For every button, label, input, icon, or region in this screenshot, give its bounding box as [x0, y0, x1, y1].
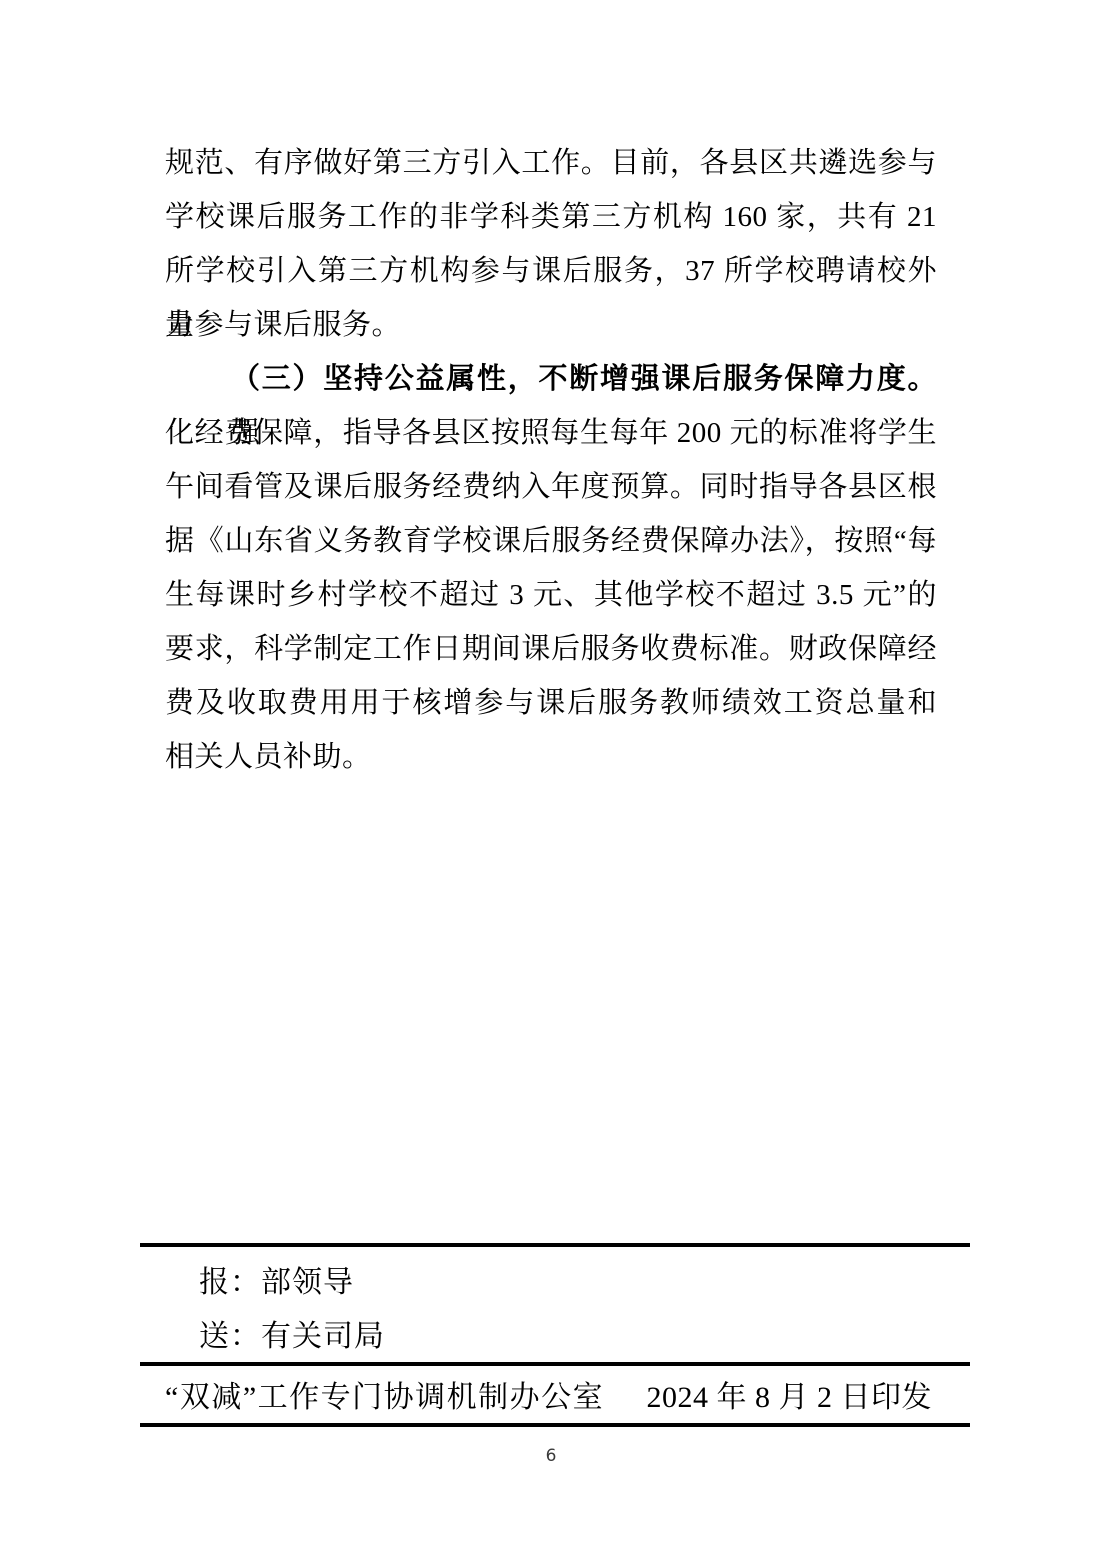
print-date: 2024 年 8 月 2 日印发: [647, 1381, 933, 1415]
body-segment: 化经费保障，指导各县区按照每生每年 200 元的标准将学生: [165, 417, 937, 449]
body-line: 量参与课后服务。: [165, 298, 937, 352]
body-segment: 据《山东省义务教育学校课后服务经费保障办法》，按照“每: [165, 525, 937, 557]
body-line: 规范、有序做好第三方引入工作。目前，各县区共遴选参与: [165, 136, 937, 190]
colophon-rule-middle: [140, 1362, 970, 1366]
body-line: 费及收取费用用于核增参与课后服务教师绩效工资总量和: [165, 676, 937, 730]
body-line: （三）坚持公益属性，不断增强课后服务保障力度。强: [165, 352, 937, 406]
body-text: 规范、有序做好第三方引入工作。目前，各县区共遴选参与学校课后服务工作的非学科类第…: [165, 136, 937, 784]
body-line: 所学校引入第三方机构参与课后服务，37 所学校聘请校外力: [165, 244, 937, 298]
colophon-row: “双减”工作专门协调机制办公室 2024 年 8 月 2 日印发: [140, 1381, 970, 1415]
body-segment: 生每课时乡村学校不超过 3 元、其他学校不超过 3.5 元”的: [165, 579, 937, 611]
issuing-office: “双减”工作专门协调机制办公室: [165, 1381, 604, 1415]
body-line: 午间看管及课后服务经费纳入年度预算。同时指导各县区根: [165, 460, 937, 514]
body-line: 学校课后服务工作的非学科类第三方机构 160 家，共有 21: [165, 190, 937, 244]
body-segment: 学校课后服务工作的非学科类第三方机构 160 家，共有 21: [165, 201, 937, 233]
body-segment-bold: （三）坚持公益属性，不断增强课后服务保障力度。: [231, 363, 937, 395]
page-number: 6: [0, 1446, 1102, 1466]
body-segment: 相关人员补助。: [165, 741, 372, 773]
distribution-report-line: 报：部领导: [199, 1266, 354, 1300]
body-line: 相关人员补助。: [165, 730, 937, 784]
distribution-send-line: 送：有关司局: [199, 1320, 385, 1354]
body-line: 生每课时乡村学校不超过 3 元、其他学校不超过 3.5 元”的: [165, 568, 937, 622]
body-line: 化经费保障，指导各县区按照每生每年 200 元的标准将学生: [165, 406, 937, 460]
body-segment: 费及收取费用用于核增参与课后服务教师绩效工资总量和: [165, 687, 937, 719]
body-line: 要求，科学制定工作日期间课后服务收费标准。财政保障经: [165, 622, 937, 676]
body-segment: 量参与课后服务。: [165, 309, 401, 341]
document-page: 规范、有序做好第三方引入工作。目前，各县区共遴选参与学校课后服务工作的非学科类第…: [0, 0, 1102, 1559]
body-segment: 规范、有序做好第三方引入工作。目前，各县区共遴选参与: [165, 147, 937, 179]
colophon-rule-top: [140, 1243, 970, 1247]
body-segment: 要求，科学制定工作日期间课后服务收费标准。财政保障经: [165, 633, 937, 665]
body-segment: 午间看管及课后服务经费纳入年度预算。同时指导各县区根: [165, 471, 937, 503]
body-line: 据《山东省义务教育学校课后服务经费保障办法》，按照“每: [165, 514, 937, 568]
colophon-rule-bottom: [140, 1423, 970, 1427]
